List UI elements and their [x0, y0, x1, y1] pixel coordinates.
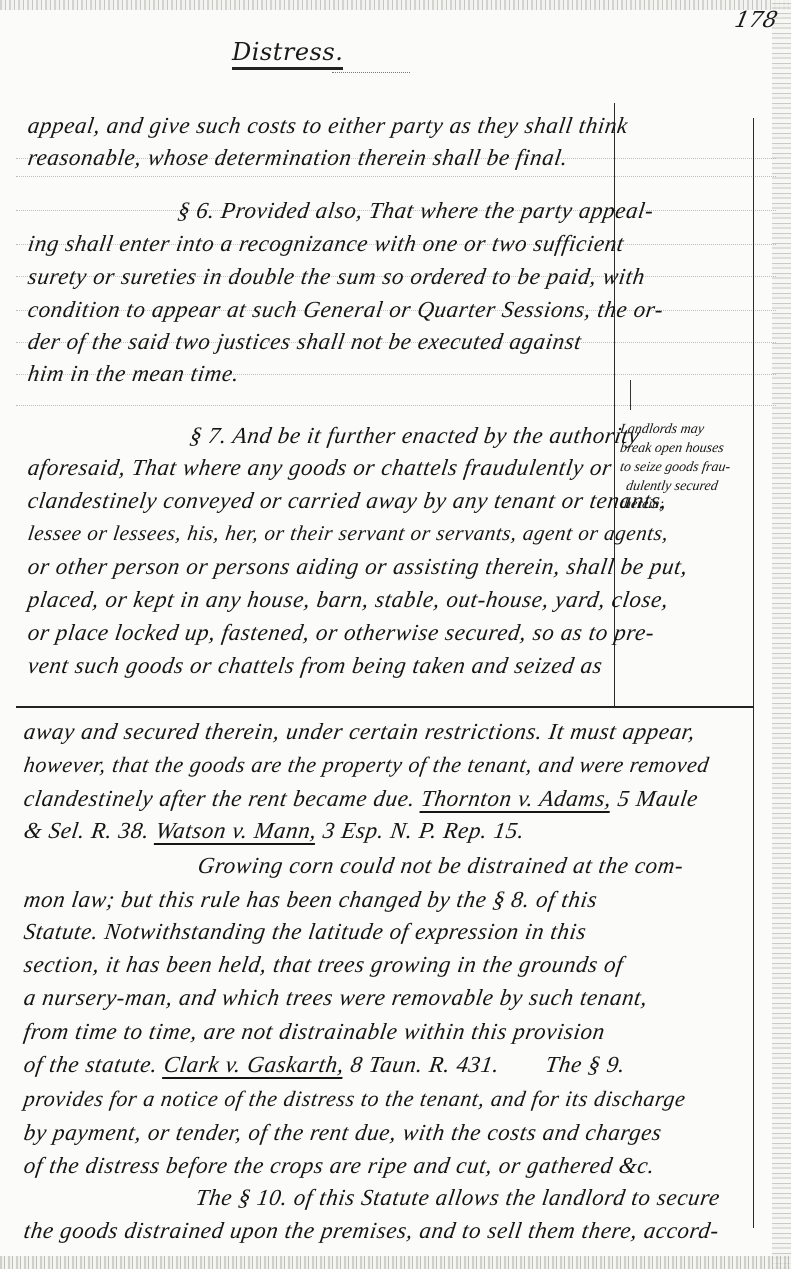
report-citation-clark: 8 Taun. R. 431.	[349, 1052, 501, 1077]
statute-line: lessee or lessees, his, her, or their se…	[26, 521, 670, 546]
section-7-heading-line: § 7. And be it further enacted by the au…	[188, 423, 641, 449]
case-citation-watson: Watson v. Mann,	[154, 818, 319, 843]
commentary-line: mon law; but this rule has been changed …	[22, 887, 599, 913]
statute-line: aforesaid, That where any goods or chatt…	[26, 455, 613, 481]
commentary-line: The § 10. of this Statute allows the lan…	[194, 1185, 722, 1211]
page-edge-bottom	[0, 1256, 791, 1269]
commentary-line: by payment, or tender, of the rent due, …	[22, 1120, 663, 1146]
margin-note-line: Landlords may	[619, 422, 705, 438]
case-citation-clark: Clark v. Gaskarth,	[162, 1052, 346, 1077]
statute-line: clandestinely conveyed or carried away b…	[26, 488, 668, 514]
margin-rule-left	[614, 103, 615, 707]
statute-line: surety or sureties in double the sum so …	[26, 264, 647, 290]
section-6-heading-line: § 6. Provided also, That where the party…	[176, 198, 655, 224]
statute-line: placed, or kept in any house, barn, stab…	[26, 587, 670, 613]
case-citation-thornton: Thornton v. Adams,	[420, 786, 614, 811]
commentary-line: section, it has been held, that trees gr…	[22, 952, 625, 978]
section-divider	[16, 706, 754, 708]
report-citation-watson: 3 Esp. N. P. Rep. 15.	[321, 818, 526, 843]
statute-line: him in the mean time.	[26, 361, 241, 387]
title-rule	[332, 72, 410, 73]
margin-note-line: to seize goods frau-	[619, 460, 731, 476]
statute-line: vent such goods or chattels from being t…	[26, 653, 604, 679]
commentary-line: provides for a notice of the distress to…	[22, 1086, 687, 1112]
statute-line: condition to appear at such General or Q…	[26, 297, 665, 323]
ruled-line	[16, 176, 776, 177]
statute-line: der of the said two justices shall not b…	[26, 329, 583, 355]
commentary-text: clandestinely after the rent became due.	[22, 786, 417, 811]
commentary-line: of the distress before the crops are rip…	[22, 1153, 656, 1179]
page-title: Distress.	[232, 38, 343, 70]
margin-rule-right	[753, 118, 754, 1228]
report-citation-thornton: 5 Maule	[616, 786, 700, 811]
commentary-text: & Sel. R. 38.	[22, 818, 151, 843]
page-number: 178	[732, 8, 779, 33]
commentary-line: Growing corn could not be distrained at …	[196, 853, 685, 879]
margin-note-line: break open houses	[619, 441, 725, 457]
commentary-line: & Sel. R. 38. Watson v. Mann, 3 Esp. N. …	[22, 818, 526, 844]
ruled-line	[16, 405, 776, 406]
page-edge-right	[772, 0, 791, 1269]
commentary-line: however, that the goods are the property…	[22, 752, 711, 778]
section-9-lead: The § 9.	[544, 1052, 627, 1077]
statute-line: or other person or persons aiding or ass…	[26, 554, 689, 580]
commentary-line: the goods distrained upon the premises, …	[22, 1218, 720, 1244]
page-edge-top	[0, 0, 791, 10]
statute-line: appeal, and give such costs to either pa…	[26, 113, 630, 139]
commentary-line: from time to time, are not distrainable …	[22, 1019, 607, 1045]
commentary-line: Statute. Notwithstanding the latitude of…	[22, 919, 588, 945]
commentary-text: of the statute.	[22, 1052, 159, 1077]
statute-line: or place locked up, fastened, or otherwi…	[26, 620, 656, 646]
statute-line: reasonable, whose determination therein …	[26, 145, 569, 171]
commentary-line: clandestinely after the rent became due.…	[22, 786, 700, 812]
margin-tick	[630, 380, 631, 410]
commentary-line: away and secured therein, under certain …	[22, 719, 697, 745]
statute-line: ing shall enter into a recognizance with…	[26, 231, 626, 257]
commentary-line: a nursery-man, and which trees were remo…	[22, 985, 649, 1011]
margin-note-line: therein;	[619, 497, 665, 513]
margin-note-line: dulently secured	[625, 479, 719, 495]
commentary-line: of the statute. Clark v. Gaskarth, 8 Tau…	[22, 1052, 627, 1078]
